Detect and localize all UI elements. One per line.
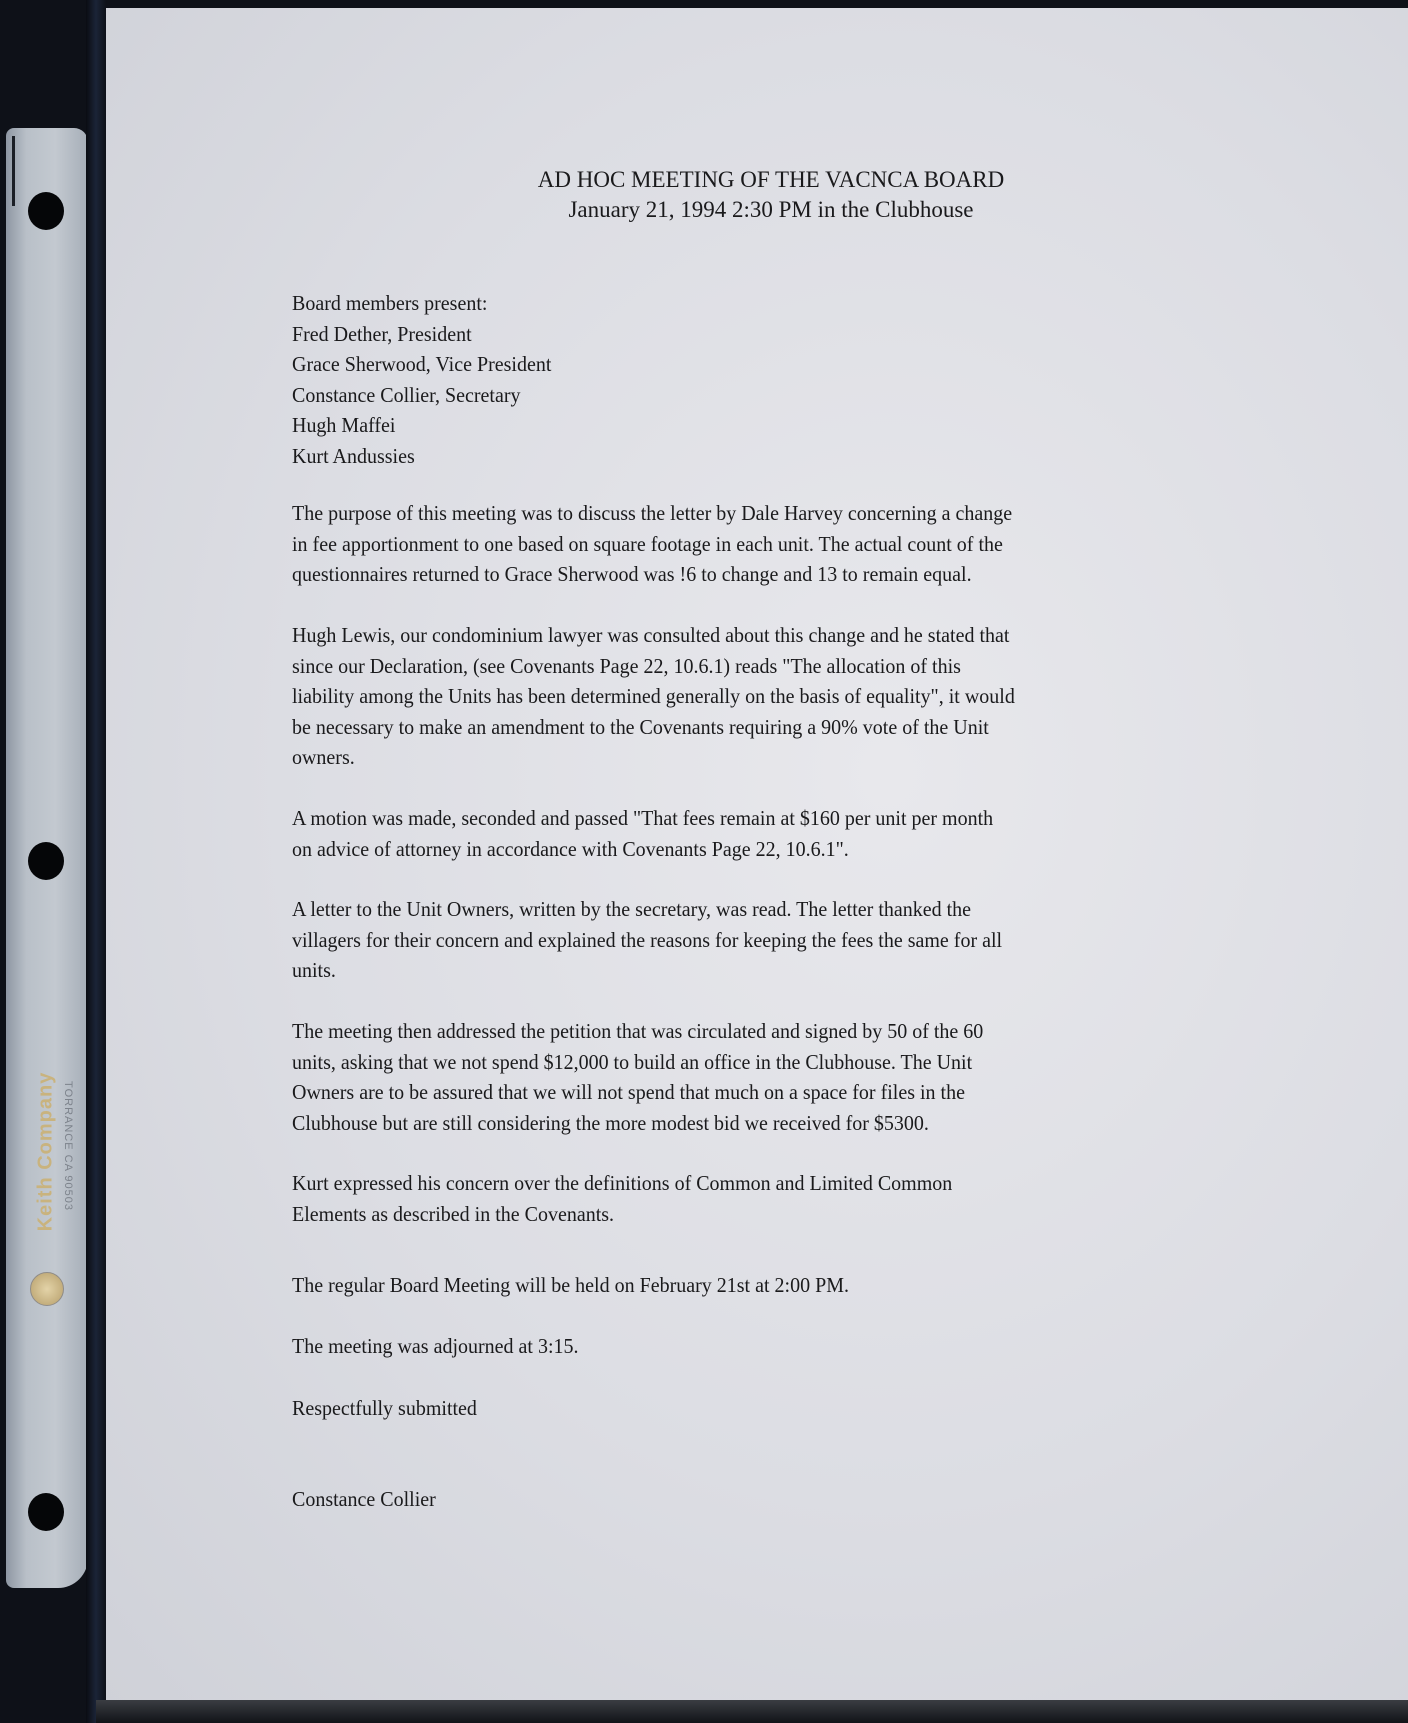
binder-brand: Keith Company TORRANCE CA 90503 <box>18 1030 78 1310</box>
text-line: Elements as described in the Covenants. <box>292 1199 1157 1230</box>
text-line: in fee apportionment to one based on squ… <box>292 529 1157 560</box>
text-line: since our Declaration, (see Covenants Pa… <box>292 651 1157 682</box>
text-line: on advice of attorney in accordance with… <box>292 834 1157 865</box>
text-line: liability among the Units has been deter… <box>292 681 1157 712</box>
text-line: Respectfully submitted <box>292 1393 1157 1424</box>
document-title: AD HOC MEETING OF THE VACNCA BOARD <box>134 165 1408 195</box>
paragraph-kurt: Kurt expressed his concern over the defi… <box>292 1168 1157 1229</box>
brand-seal-icon <box>30 1272 64 1306</box>
member: Kurt Andussies <box>292 441 1157 472</box>
closing: Respectfully submitted <box>292 1393 1157 1424</box>
text-line: villagers for their concern and explaine… <box>292 925 1157 956</box>
text-line: owners. <box>292 742 1157 773</box>
member: Grace Sherwood, Vice President <box>292 349 1157 380</box>
paragraph-purpose: The purpose of this meeting was to discu… <box>292 498 1157 590</box>
text-line: A motion was made, seconded and passed "… <box>292 803 1157 834</box>
paragraph-next-meeting: The regular Board Meeting will be held o… <box>292 1270 1157 1301</box>
brand-name: Keith Company <box>35 1032 58 1272</box>
text-line: A letter to the Unit Owners, written by … <box>292 894 1157 925</box>
brand-city: TORRANCE CA 90503 <box>62 1026 74 1266</box>
paragraph-adjourned: The meeting was adjourned at 3:15. <box>292 1331 1157 1362</box>
binder-hole <box>28 842 64 880</box>
document-header: AD HOC MEETING OF THE VACNCA BOARD Janua… <box>106 165 1408 225</box>
text-line: Clubhouse but are still considering the … <box>292 1108 1157 1139</box>
text-line: Owners are to be assured that we will no… <box>292 1077 1157 1108</box>
member: Hugh Maffei <box>292 410 1157 441</box>
text-line: The purpose of this meeting was to discu… <box>292 498 1157 529</box>
signature-name: Constance Collier <box>292 1484 1157 1515</box>
binder-hole <box>28 1493 64 1531</box>
member: Constance Collier, Secretary <box>292 380 1157 411</box>
paragraph-lawyer: Hugh Lewis, our condominium lawyer was c… <box>292 620 1157 773</box>
text-line: Kurt expressed his concern over the defi… <box>292 1168 1157 1199</box>
text-line: units, asking that we not spend $12,000 … <box>292 1047 1157 1078</box>
paragraph-letter: A letter to the Unit Owners, written by … <box>292 894 1157 986</box>
document-page: AD HOC MEETING OF THE VACNCA BOARD Janua… <box>106 8 1408 1708</box>
text-line: units. <box>292 955 1157 986</box>
signature: Constance Collier <box>292 1484 1157 1515</box>
text-line: The meeting was adjourned at 3:15. <box>292 1331 1157 1362</box>
text-line: The regular Board Meeting will be held o… <box>292 1270 1157 1301</box>
attendance-list: Board members present: Fred Dether, Pres… <box>292 288 1157 471</box>
text-line: The meeting then addressed the petition … <box>292 1016 1157 1047</box>
text-line: be necessary to make an amendment to the… <box>292 712 1157 743</box>
document-subtitle: January 21, 1994 2:30 PM in the Clubhous… <box>134 195 1408 225</box>
binder-hole <box>28 192 64 230</box>
attendance-heading: Board members present: <box>292 288 1157 319</box>
meeting-minutes: AD HOC MEETING OF THE VACNCA BOARD Janua… <box>106 8 1408 1708</box>
member: Fred Dether, President <box>292 319 1157 350</box>
text-line: Hugh Lewis, our condominium lawyer was c… <box>292 620 1157 651</box>
paragraph-petition: The meeting then addressed the petition … <box>292 1016 1157 1138</box>
binder-edge <box>86 0 106 1723</box>
page-bottom-edge <box>96 1700 1408 1723</box>
paragraph-motion: A motion was made, seconded and passed "… <box>292 803 1157 864</box>
text-line: questionnaires returned to Grace Sherwoo… <box>292 559 1157 590</box>
